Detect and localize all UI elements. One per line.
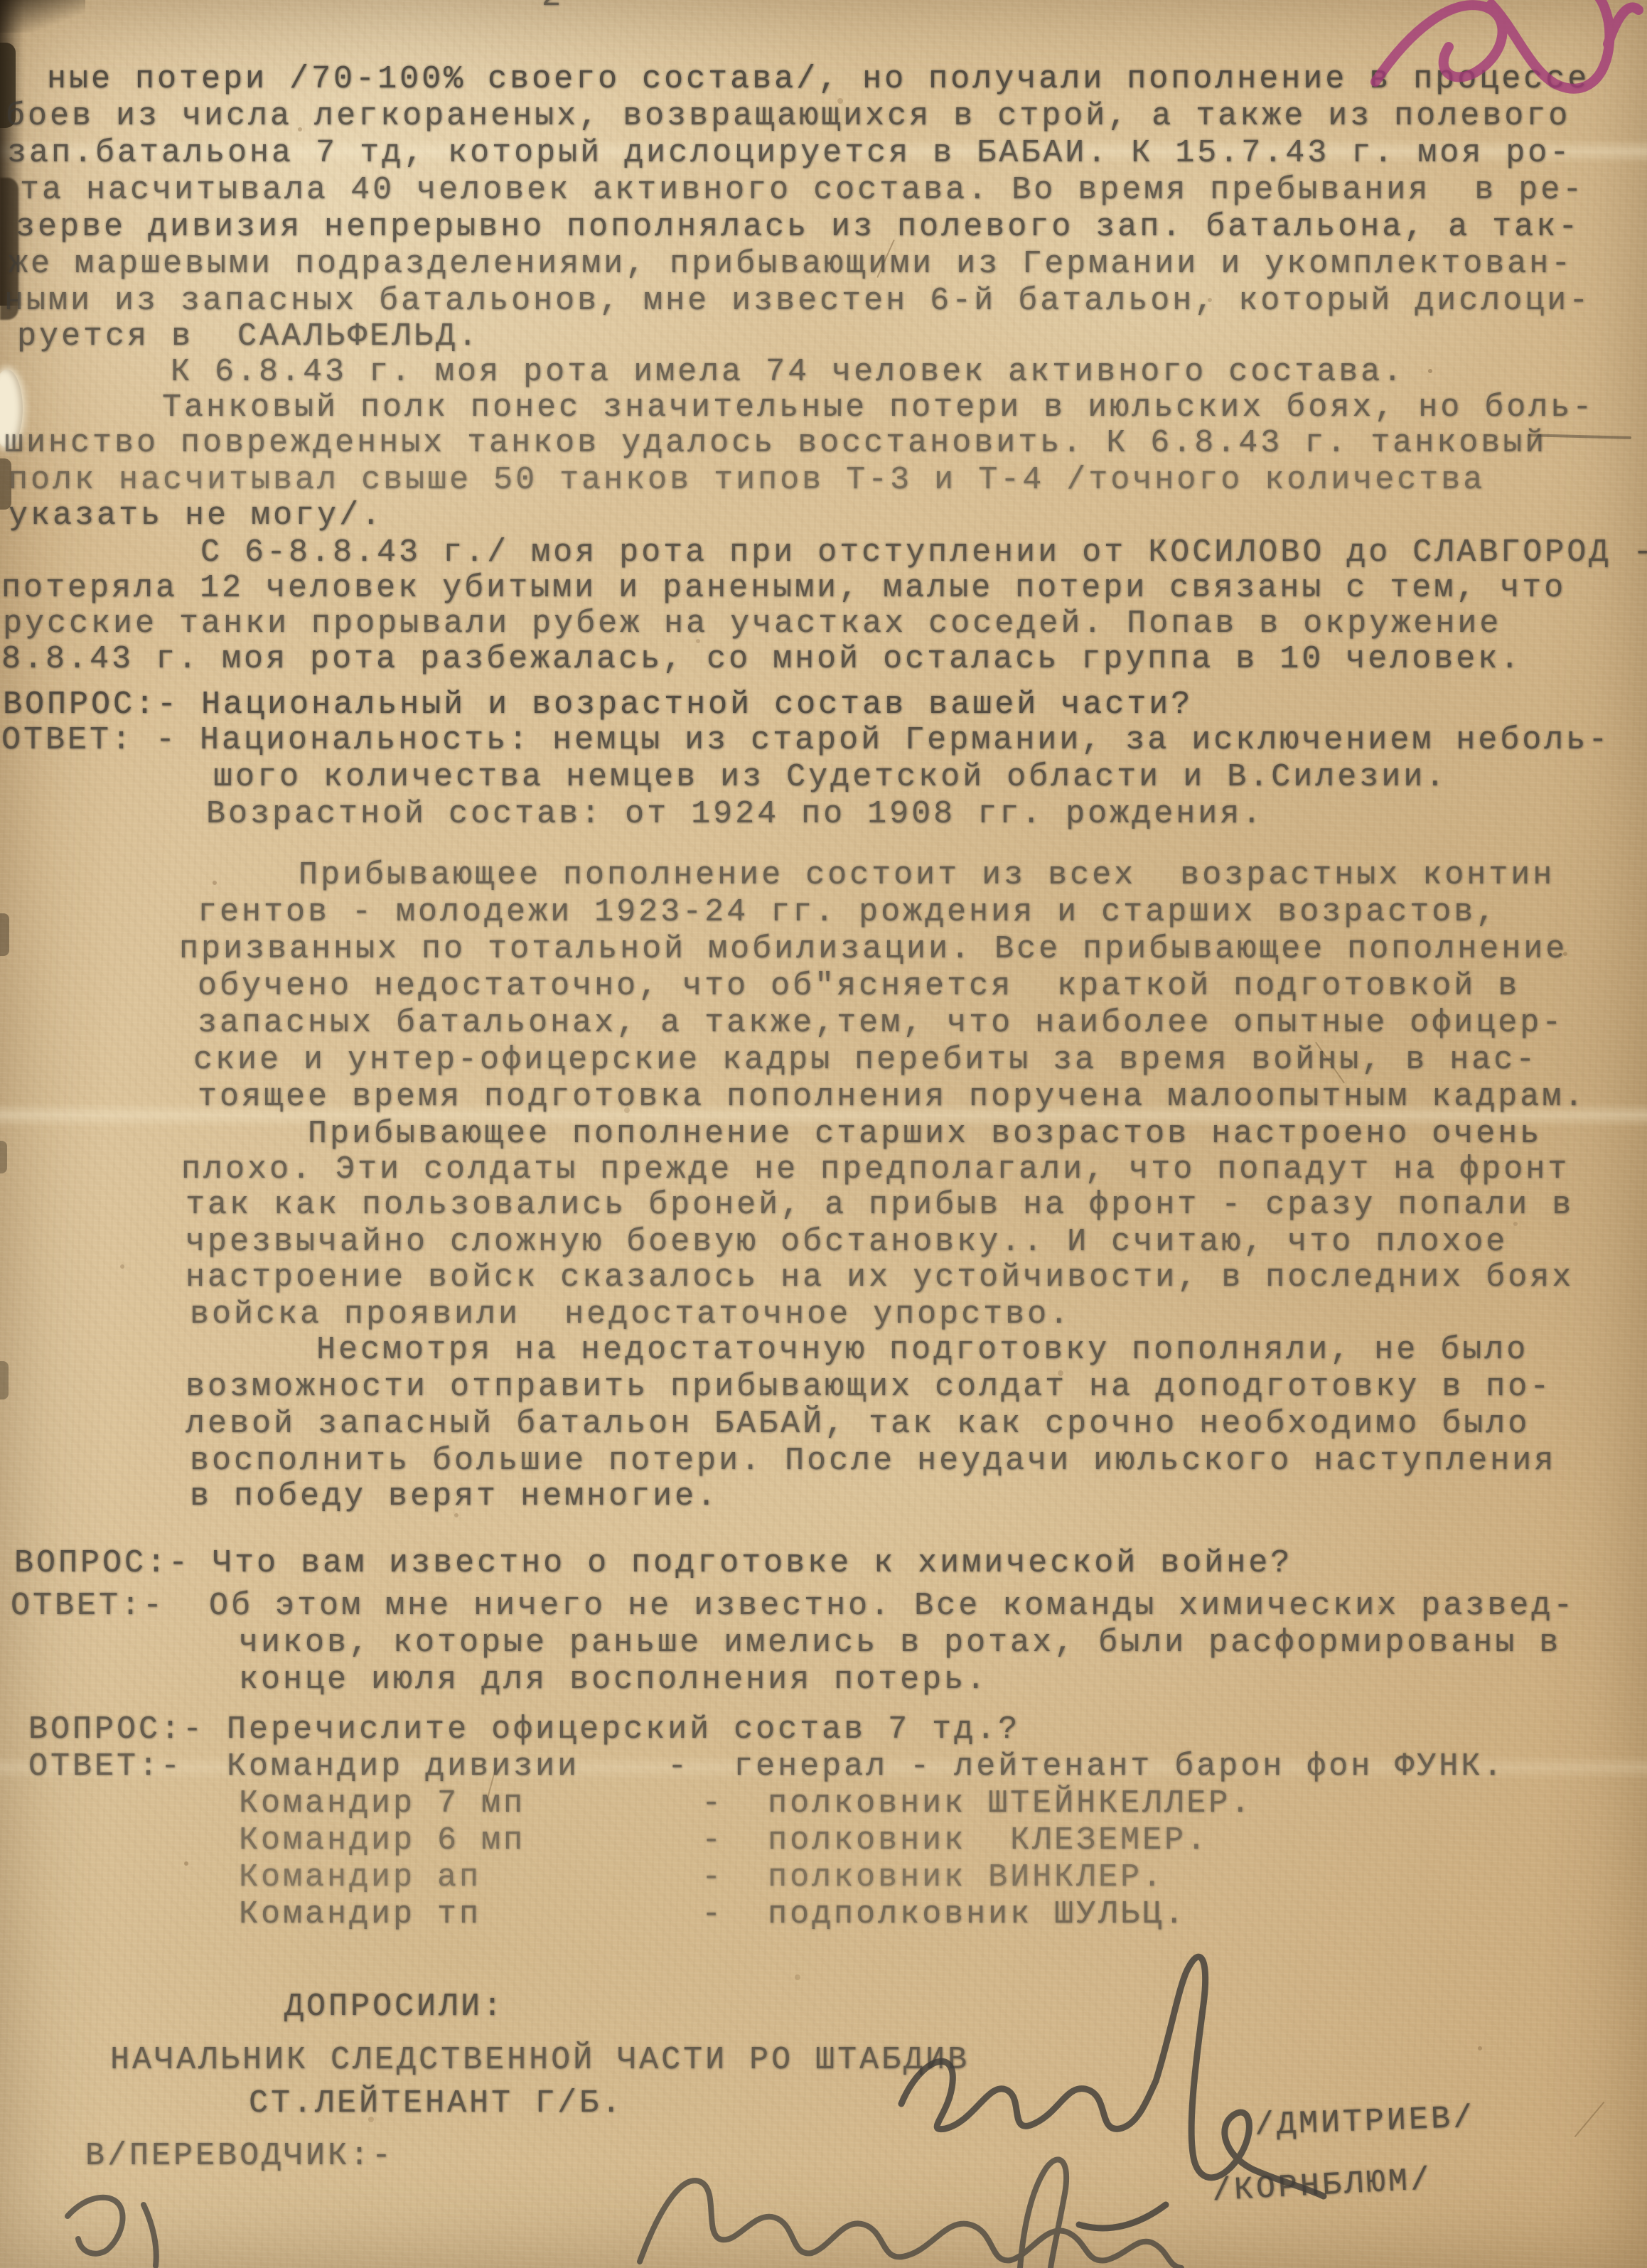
- typed-line: настроение войск сказалось на их устойчи…: [186, 1261, 1574, 1294]
- typed-line: полк насчитывал свыше 50 танков типов Т-…: [9, 463, 1485, 497]
- typed-line: плохо. Эти солдаты прежде не предполагал…: [181, 1153, 1570, 1186]
- typed-line: указать не могу/.: [9, 499, 383, 532]
- typed-line: потеряла 12 человек убитыми и ранеными, …: [1, 571, 1566, 605]
- typed-line: в победу верят немногие.: [190, 1480, 719, 1513]
- typed-text-layer: - 2 -ные потери /70-100% своего состава/…: [0, 0, 1647, 2268]
- typed-line: так как пользовались броней, а прибыв на…: [186, 1188, 1574, 1222]
- typed-line: Командир ап - полковник ВИНКЛЕР.: [239, 1861, 1164, 1894]
- typed-line: ОТВЕТ:- Командир дивизии - генерал - лей…: [28, 1750, 1505, 1783]
- typed-line: К 6.8.43 г. моя рота имела 74 человек ак…: [171, 355, 1405, 389]
- typed-line: ОТВЕТ:- Об этом мне ничего не известно. …: [11, 1589, 1575, 1623]
- typed-line: шинство поврежденных танков удалось восс…: [4, 426, 1547, 460]
- typed-line: СТ.ЛЕЙТЕНАНТ Г/Б.: [249, 2087, 623, 2120]
- typed-line: возможности отправить прибывающих солдат…: [186, 1370, 1552, 1404]
- typed-line: боев из числа легкораненых, возвращающих…: [6, 100, 1570, 133]
- typed-line: ные потери /70-100% своего состава/, но …: [47, 63, 1589, 96]
- typed-line: ВОПРОС:- Что вам известно о подготовке к…: [14, 1547, 1292, 1580]
- typed-line: чрезвычайно сложную боевую обстановку.. …: [186, 1225, 1508, 1259]
- typed-line: Прибывающее пополнение состоит из всех в…: [299, 859, 1555, 892]
- typed-line: призванных по тотальной мобилизации. Все…: [179, 933, 1567, 966]
- typed-line: запасных батальонах, а также,тем, что на…: [198, 1006, 1564, 1040]
- typed-line: Танковый полк понес значительные потери …: [162, 391, 1594, 424]
- typed-line: чиков, которые раньше имелись в ротах, б…: [239, 1626, 1561, 1660]
- typed-line: Командир 6 мп - полковник КЛЕЗЕМЕР.: [239, 1824, 1208, 1857]
- typed-line: восполнить большие потери. После неудачи…: [190, 1444, 1556, 1478]
- typed-line: гентов - молодежи 1923-24 гг. рождения и…: [198, 896, 1498, 929]
- typed-line: Командир тп - подполковник ШУЛЬЦ.: [239, 1898, 1186, 1931]
- typed-line: /ДМИТРИЕВ/: [1254, 2102, 1476, 2143]
- typed-line: ОТВЕТ: - Национальность: немцы из старой…: [1, 724, 1610, 757]
- typed-line: та насчитывала 40 человек активного сост…: [20, 173, 1584, 207]
- typed-line: Возрастной состав: от 1924 по 1908 гг. р…: [206, 797, 1264, 831]
- typed-line: НАЧАЛЬНИК СЛЕДСТВЕННОЙ ЧАСТИ РО ШТАБДИВ: [110, 2043, 970, 2077]
- typed-line: 8.8.43 г. моя рота разбежалась, со мной …: [1, 643, 1522, 676]
- typed-line: - 2 -: [498, 0, 608, 14]
- typed-line: зап.батальона 7 тд, который дислоцируетс…: [7, 136, 1572, 170]
- typed-line: левой запасный батальон БАБАЙ, так как с…: [186, 1407, 1530, 1441]
- typed-line: руется в СААЛЬФЕЛЬД.: [17, 320, 480, 353]
- document-page: - 2 -ные потери /70-100% своего состава/…: [0, 0, 1647, 2268]
- typed-line: ДОПРОСИЛИ:: [284, 1990, 505, 2024]
- typed-line: Несмотря на недостаточную подготовку поп…: [316, 1333, 1528, 1367]
- typed-line: обучено недостаточно, что об"ясняется кр…: [198, 969, 1520, 1003]
- typed-line: войска проявили недостаточное упорство.: [190, 1298, 1071, 1331]
- typed-line: /КОРНБЛЮМ/: [1211, 2164, 1433, 2208]
- typed-line: ВОПРОС:- Перечислите офицерский состав 7…: [28, 1713, 1020, 1746]
- typed-line: конце июля для восполнения потерь.: [239, 1663, 988, 1697]
- typed-line: ские и унтер-офицерские кадры перебиты з…: [193, 1043, 1538, 1077]
- typed-line: Прибывающее пополнение старших возрастов…: [308, 1117, 1542, 1151]
- typed-line: ными из запасных батальонов, мне известе…: [4, 284, 1591, 318]
- typed-line: Командир 7 мп - полковник ШТЕЙНКЕЛЛЕР.: [239, 1787, 1252, 1820]
- typed-line: русские танки прорывали рубеж на участка…: [3, 607, 1501, 640]
- typed-line: зерве дивизия непрерывно пополнялась из …: [16, 210, 1580, 244]
- typed-line: шого количества немцев из Судетской обла…: [213, 761, 1447, 794]
- typed-line: ВОПРОС:- Национальный и возрастной соста…: [3, 688, 1193, 721]
- typed-line: тоящее время подготовка пополнения поруч…: [198, 1080, 1586, 1114]
- typed-line: С 6-8.8.43 г./ моя рота при отступлении …: [200, 536, 1647, 569]
- typed-line: В/ПЕРЕВОДЧИК:-: [85, 2139, 394, 2173]
- typed-line: же маршевыми подразделениями, прибывающи…: [9, 247, 1573, 281]
